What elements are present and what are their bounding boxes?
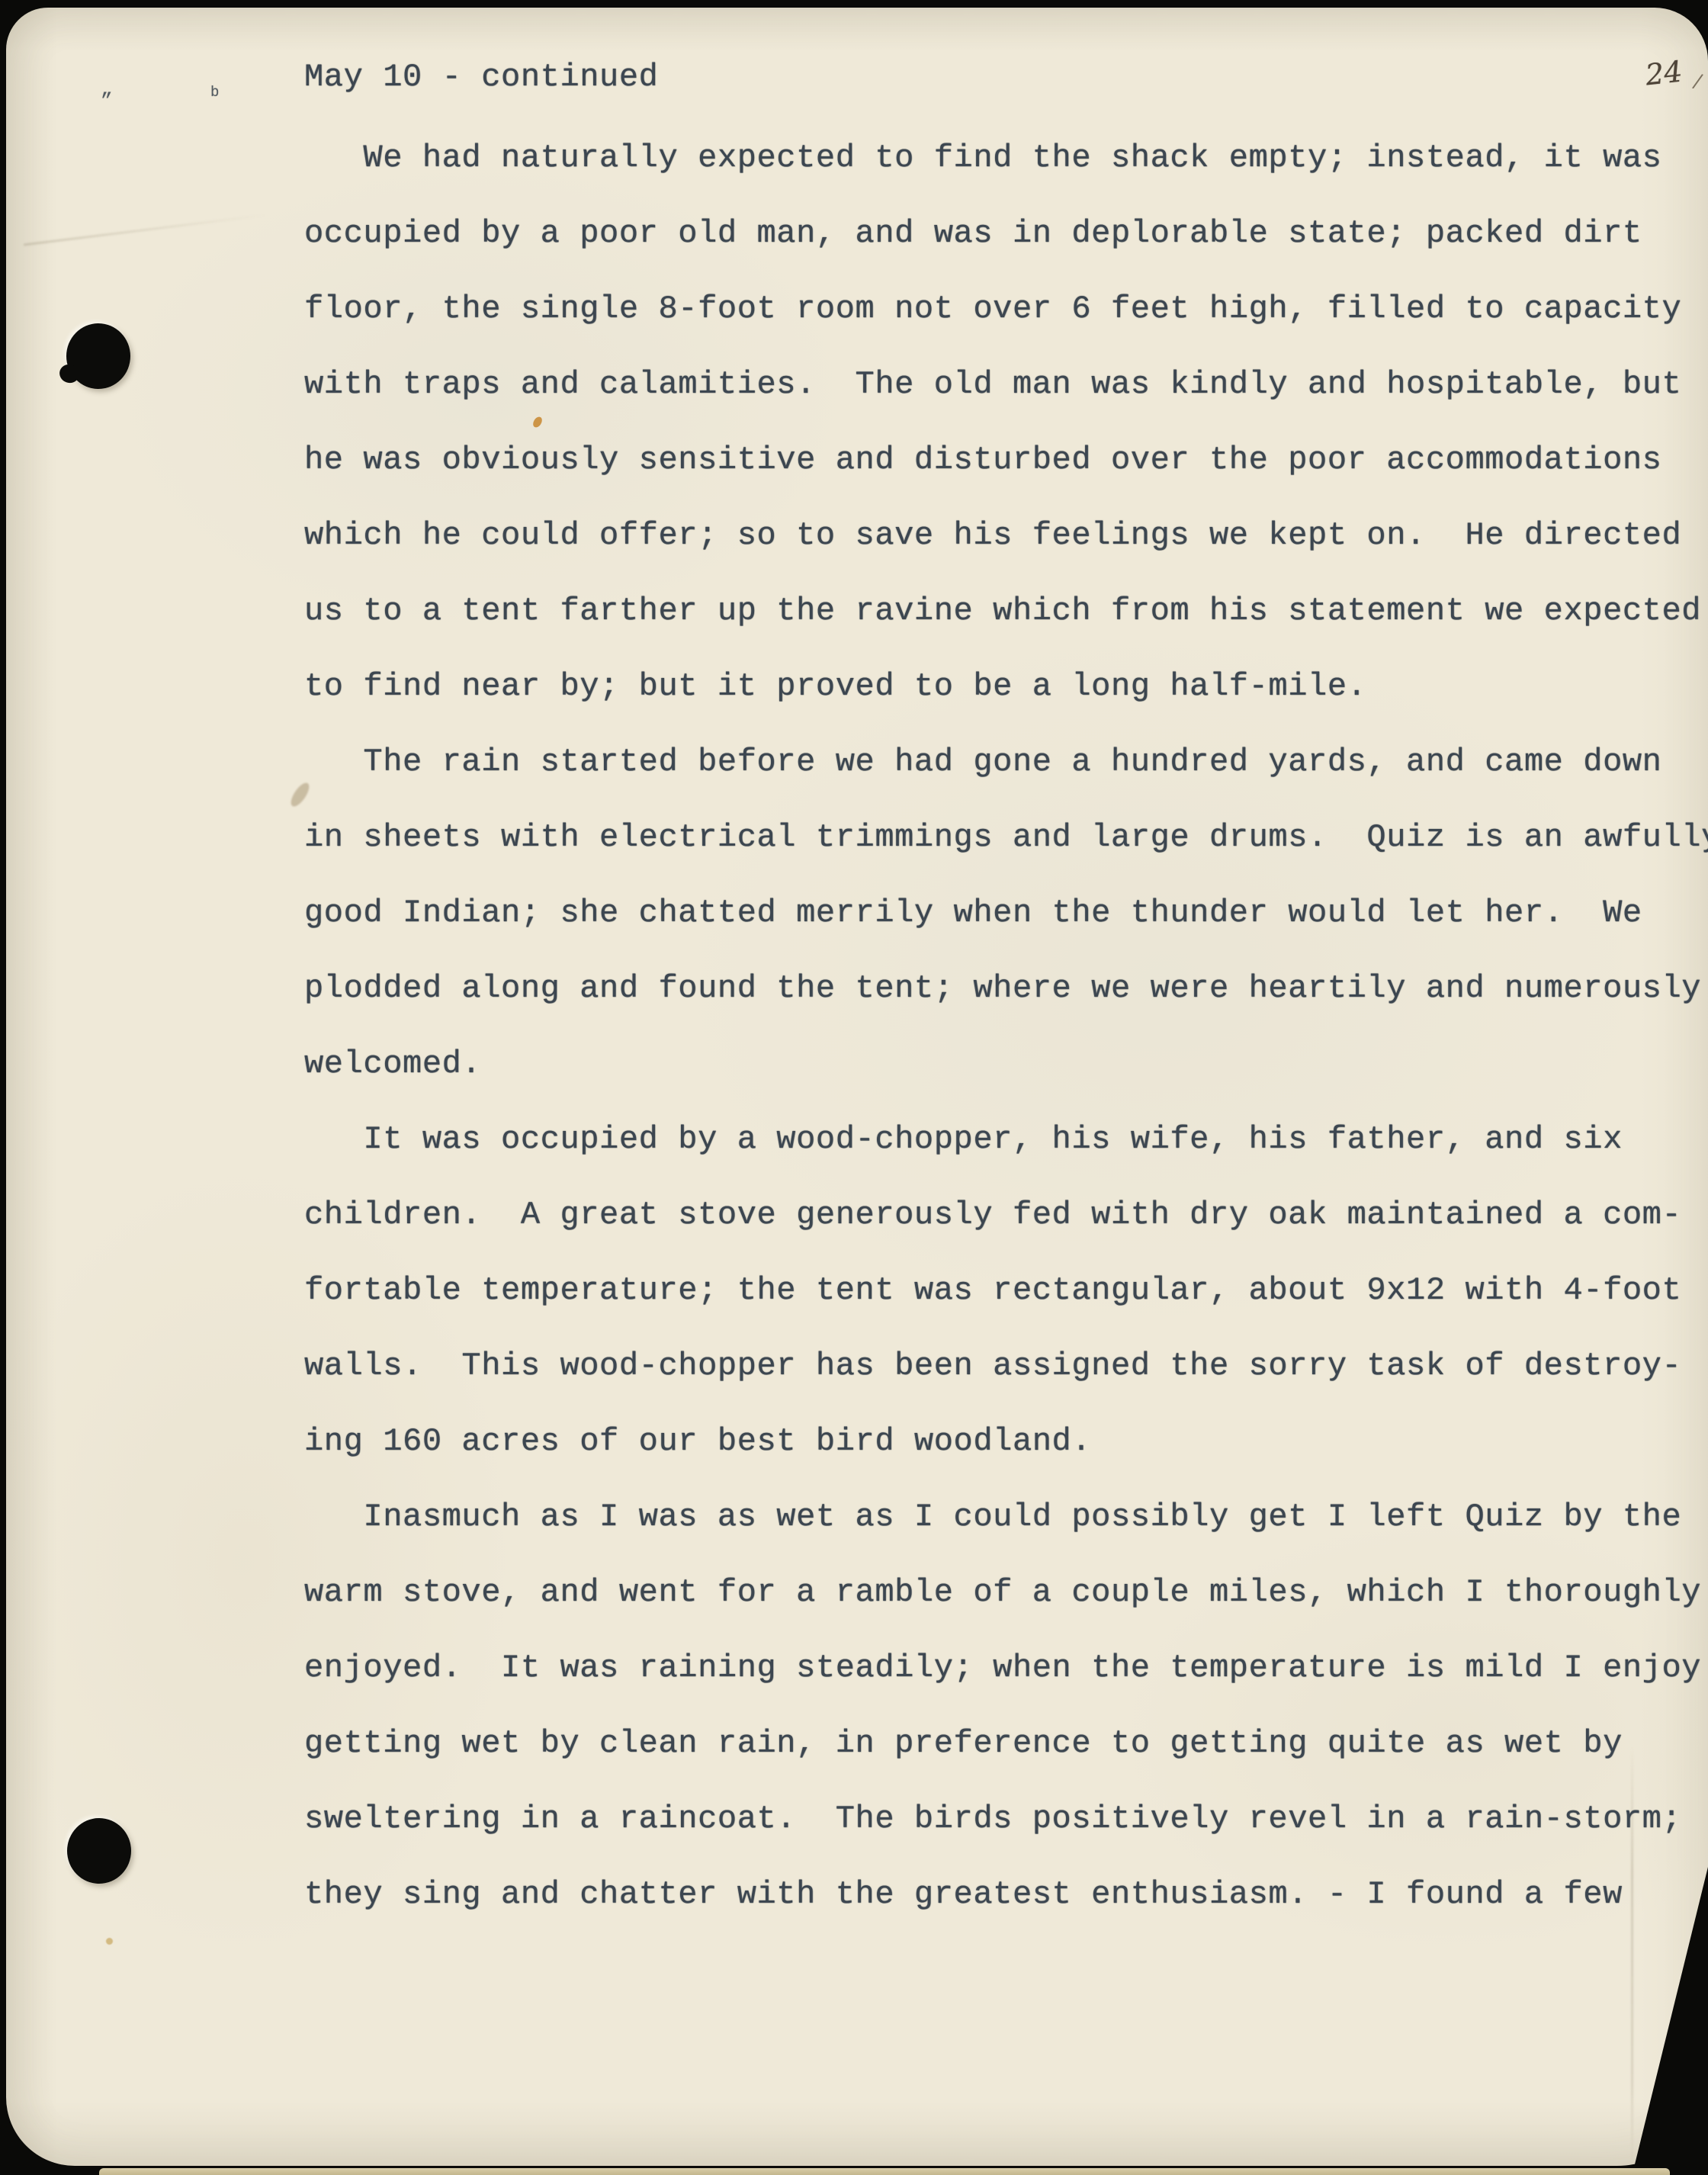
typed-line: walls. This wood-chopper has been assign… <box>304 1350 1681 1382</box>
typed-line: occupied by a poor old man, and was in d… <box>304 217 1642 249</box>
typed-line: warm stove, and went for a ramble of a c… <box>304 1576 1701 1608</box>
typed-line: floor, the single 8-foot room not over 6… <box>304 293 1681 325</box>
yellow-speck <box>106 1938 113 1945</box>
typed-line: to find near by; but it proved to be a l… <box>304 670 1366 702</box>
paper-bottom-edge <box>99 2168 1670 2175</box>
typed-line: Inasmuch as I was as wet as I could poss… <box>304 1501 1681 1533</box>
typed-line: with traps and calamities. The old man w… <box>304 368 1681 400</box>
typed-line: It was occupied by a wood-chopper, his w… <box>304 1123 1623 1155</box>
typed-line: they sing and chatter with the greatest … <box>304 1878 1623 1910</box>
page-number: 24 <box>1644 55 1684 92</box>
typed-line: The rain started before we had gone a hu… <box>304 746 1661 778</box>
typed-line: welcomed. <box>304 1048 481 1080</box>
page-header: May 10 - continued <box>304 61 658 93</box>
typed-line: ing 160 acres of our best bird woodland. <box>304 1425 1091 1457</box>
stray-ink-mark: b <box>210 85 219 100</box>
typed-line: fortable temperature; the tent was recta… <box>304 1274 1681 1306</box>
typed-line: sweltering in a raincoat. The birds posi… <box>304 1803 1681 1835</box>
stray-ink-mark: „ <box>101 79 113 99</box>
typed-line: children. A great stove generously fed w… <box>304 1199 1681 1231</box>
paper-sheet <box>6 8 1708 2166</box>
typed-line: us to a tent farther up the ravine which… <box>304 595 1701 627</box>
typed-line: which he could offer; so to save his fee… <box>304 519 1681 551</box>
scanned-page: May 10 - continued 24 / „ b We had natur… <box>0 0 1708 2175</box>
typed-line: in sheets with electrical trimmings and … <box>304 821 1708 853</box>
typed-line: enjoyed. It was raining steadily; when t… <box>304 1652 1701 1684</box>
typed-line: getting wet by clean rain, in preference… <box>304 1727 1623 1759</box>
typed-line: We had naturally expected to find the sh… <box>304 142 1661 174</box>
typed-line: plodded along and found the tent; where … <box>304 972 1701 1004</box>
typed-line: good Indian; she chatted merrily when th… <box>304 897 1642 929</box>
typed-line: he was obviously sensitive and disturbed… <box>304 444 1661 476</box>
punch-hole-bottom <box>67 1818 131 1884</box>
